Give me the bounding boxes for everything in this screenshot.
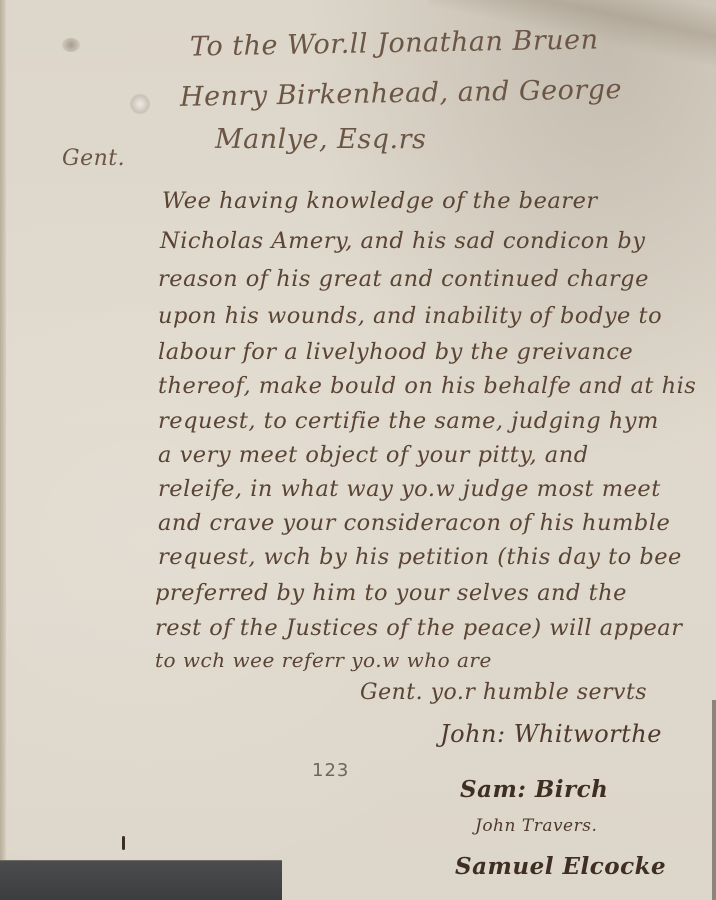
body-line-10: and crave your consideracon of his humbl…	[158, 512, 670, 535]
page-edge	[0, 0, 6, 860]
body-line-1: Wee having knowledge of the bearer	[162, 190, 598, 213]
body-line-2: Nicholas Amery, and his sad condicon by	[160, 230, 646, 253]
mount-edge	[712, 700, 716, 900]
ink-mark	[122, 836, 125, 850]
address-line-1: To the Wor.ll Jonathan Bruen	[190, 26, 599, 60]
body-line-4: upon his wounds, and inability of bodye …	[158, 305, 662, 328]
address-line-3: Manlye, Esq.rs	[215, 126, 426, 153]
signature-travers: John Travers.	[475, 818, 597, 835]
body-line-9: releife, in what way yo.w judge most mee…	[158, 478, 661, 501]
body-line-5: labour for a livelyhood by the greivance	[158, 341, 633, 364]
salutation: Gent.	[62, 148, 125, 170]
address-line-2: Henry Birkenhead, and George	[180, 76, 622, 111]
manuscript-page: To the Wor.ll Jonathan Bruen Henry Birke…	[0, 0, 716, 900]
signature-elcocke: Samuel Elcocke	[455, 855, 666, 878]
body-line-14: to wch wee referr yo.w who are	[155, 650, 492, 670]
body-line-12: preferred by him to your selves and the	[155, 582, 627, 605]
body-line-7: request, to certifie the same, judging h…	[158, 410, 659, 433]
signature-whitworthe: John: Whitworthe	[440, 722, 662, 746]
stain-mark	[130, 94, 150, 114]
stain-mark	[62, 38, 80, 52]
body-line-3: reason of his great and continued charge	[158, 268, 649, 291]
body-line-8: a very meet object of your pitty, and	[158, 444, 589, 467]
folio-number: 123	[312, 760, 349, 781]
body-line-11: request, wch by his petition (this day t…	[158, 546, 682, 569]
mount-bar	[0, 860, 282, 900]
closing-line: Gent. yo.r humble servts	[360, 682, 647, 704]
signature-birch: Sam: Birch	[460, 778, 608, 801]
body-line-6: thereof, make bould on his behalfe and a…	[158, 375, 696, 398]
body-line-13: rest of the Justices of the peace) will …	[155, 617, 682, 640]
